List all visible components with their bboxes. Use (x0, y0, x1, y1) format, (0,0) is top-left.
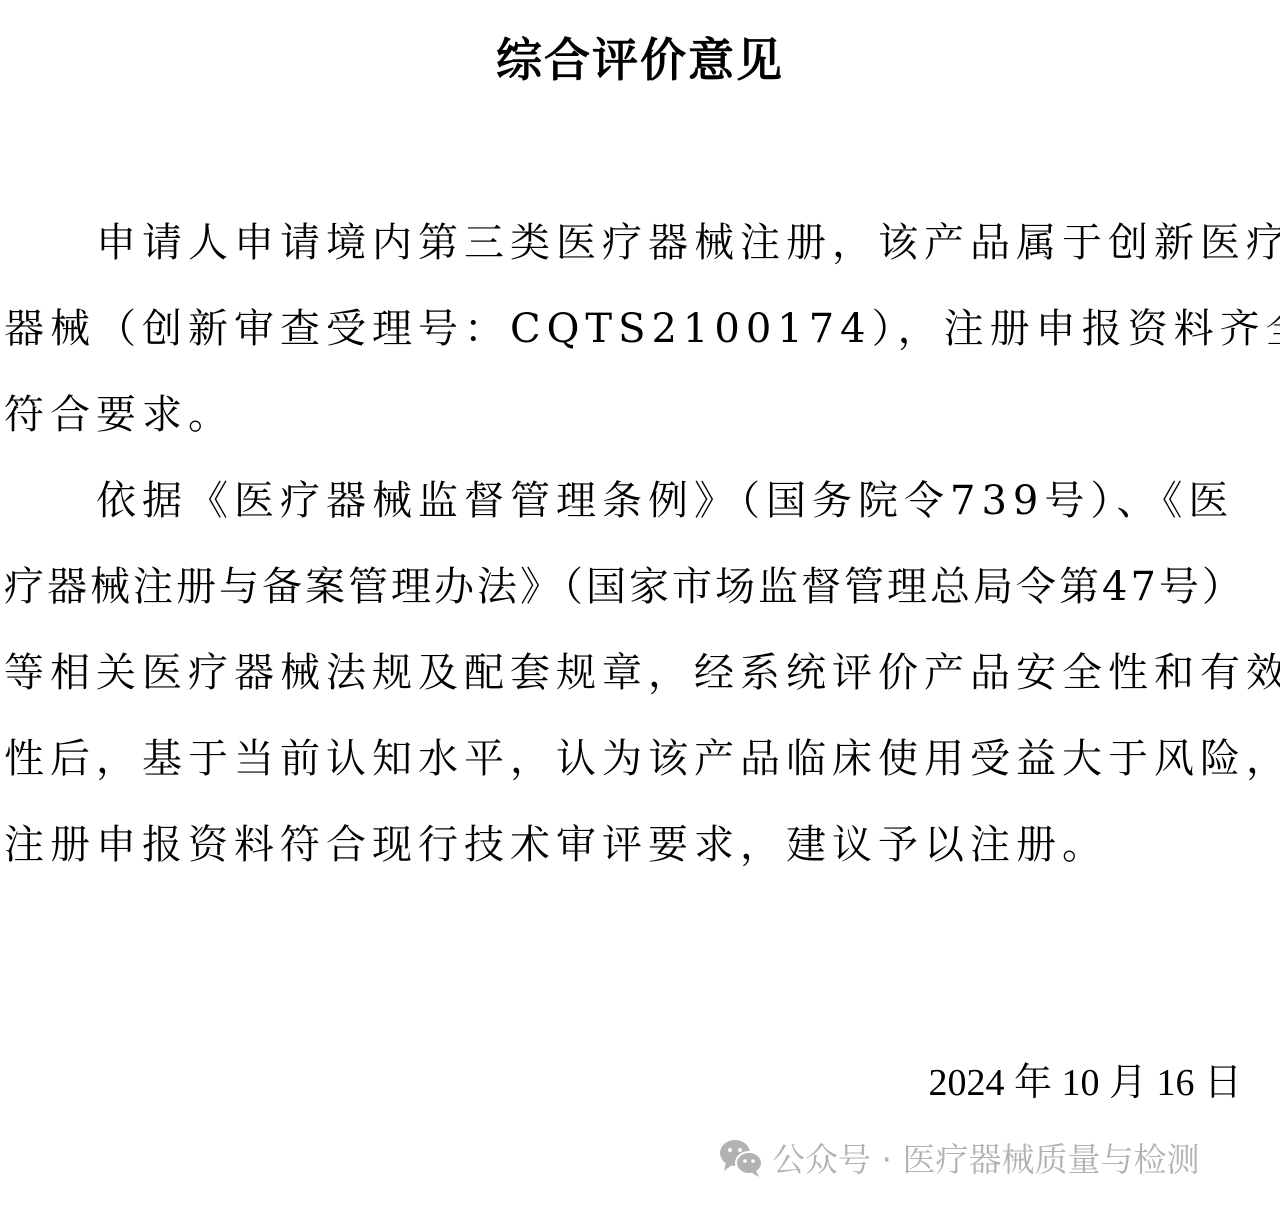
watermark: 公众号 · 医疗器械质量与检测 (718, 1133, 1199, 1181)
paragraph-1-line-1: 申请人申请境内第三类医疗器械注册，该产品属于创新医疗 (4, 218, 1280, 268)
paragraph-1-line-3: 符合要求。 (4, 390, 234, 440)
wechat-icon (718, 1137, 764, 1177)
paragraph-2-line-2: 疗器械注册与备案管理办法》（国家市场监督管理总局令第47号） (4, 562, 1245, 612)
document-date: 2024 年 10 月 16 日 (928, 1058, 1242, 1108)
document-title: 综合评价意见 (0, 30, 1280, 90)
paragraph-2-line-3: 等相关医疗器械法规及配套规章，经系统评价产品安全性和有效 (4, 648, 1280, 698)
watermark-text: 公众号 · 医疗器械质量与检测 (772, 1134, 1199, 1181)
paragraph-2-line-5: 注册申报资料符合现行技术审评要求，建议予以注册。 (4, 820, 1108, 870)
paragraph-2-line-4: 性后，基于当前认知水平，认为该产品临床使用受益大于风险， (4, 734, 1280, 784)
paragraph-1-line-2: 器械（创新审查受理号：CQTS2100174），注册申报资料齐全， (4, 304, 1280, 354)
paragraph-2-line-1: 依据《医疗器械监督管理条例》（国务院令739号）、《医 (4, 476, 1234, 526)
